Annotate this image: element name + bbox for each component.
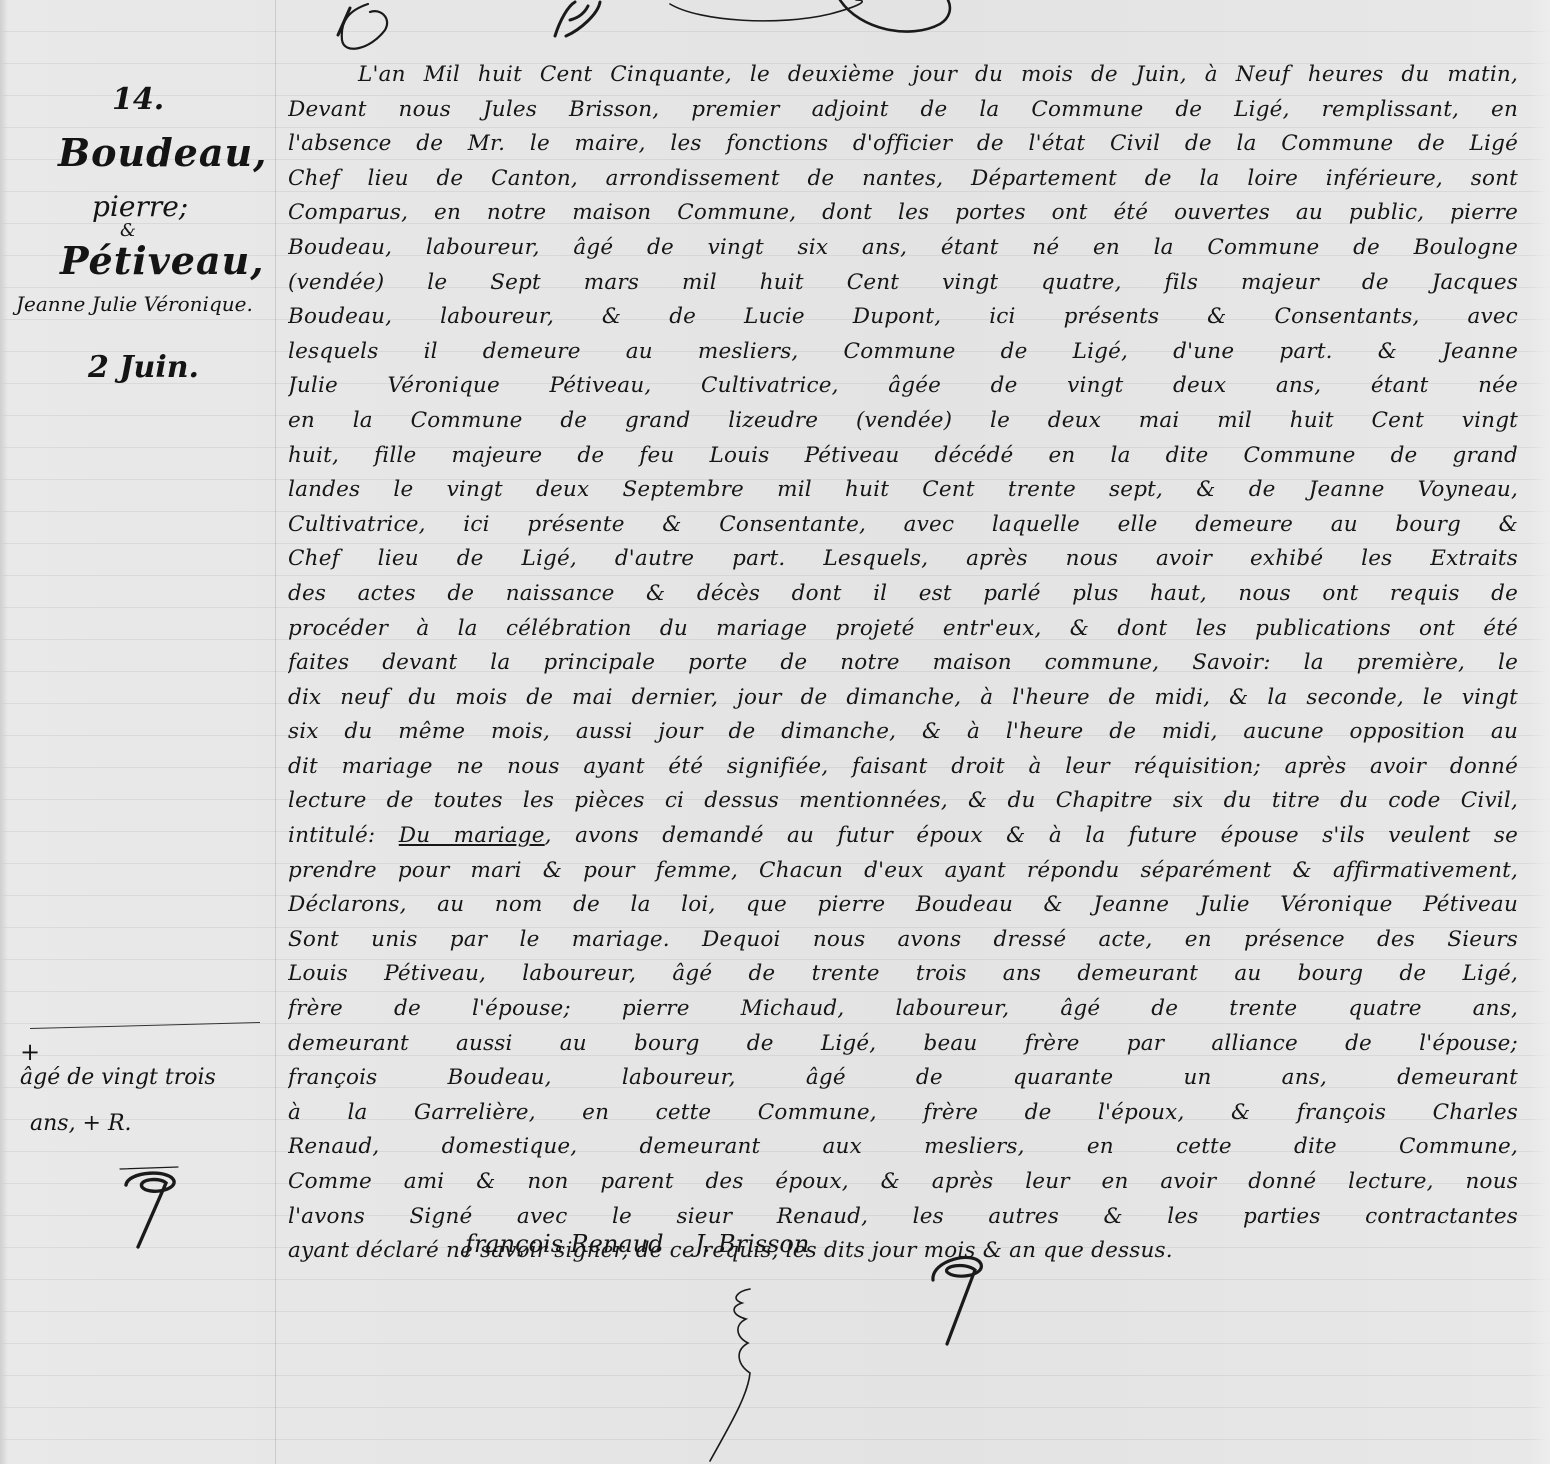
- officer-paraph-icon: [925, 1240, 995, 1350]
- text-line: l'avons Signé avec le sieur Renaud, les …: [288, 1200, 1518, 1235]
- text-line: Renaud, domestique, demeurant aux meslie…: [288, 1130, 1518, 1165]
- bride-given-names: Jeanne Julie Véronique.: [16, 292, 253, 316]
- text-line: six du même mois, aussi jour de dimanche…: [288, 715, 1518, 750]
- header-flourish-left-icon: [330, 0, 410, 60]
- text-line: Comparus, en notre maison Commune, dont …: [288, 196, 1518, 231]
- text-line: à la Garrelière, en cette Commune, frère…: [288, 1096, 1518, 1131]
- entry-number: 14.: [112, 82, 164, 117]
- text-line: demeurant aussi au bourg de Ligé, beau f…: [288, 1027, 1518, 1062]
- underlined-title: Du mariage: [399, 823, 545, 848]
- page-binding-edge: [0, 0, 8, 1464]
- groom-surname: Boudeau,: [58, 130, 267, 175]
- text-line: L'an Mil huit Cent Cinquante, le deuxièm…: [288, 58, 1518, 93]
- text-line: dix neuf du mois de mai dernier, jour de…: [288, 681, 1518, 716]
- text-line: l'absence de Mr. le maire, les fonctions…: [288, 127, 1518, 162]
- text-line: Julie Véronique Pétiveau, Cultivatrice, …: [288, 369, 1518, 404]
- witness-signature: françois Renaud: [465, 1230, 664, 1258]
- text-line: intitulé: Du mariage, avons demandé au f…: [288, 819, 1518, 854]
- text-line: landes le vingt deux Septembre mil huit …: [288, 473, 1518, 508]
- margin-rule: [275, 0, 276, 1464]
- margin-annotation: + âgé de vingt trois ans, + R.: [20, 1055, 270, 1147]
- register-page: 14. Boudeau, pierre; & Pétiveau, Jeanne …: [0, 0, 1550, 1464]
- text-line: prendre pour mari & pour femme, Chacun d…: [288, 854, 1518, 889]
- text-line: dit mariage ne nous ayant été signifiée,…: [288, 750, 1518, 785]
- header-flourish-center-icon: [540, 0, 620, 40]
- text-line: Boudeau, laboureur, & de Lucie Dupont, i…: [288, 300, 1518, 335]
- text-line: Louis Pétiveau, laboureur, âgé de trente…: [288, 957, 1518, 992]
- text-line: huit, fille majeure de feu Louis Pétivea…: [288, 439, 1518, 474]
- text-line: Cultivatrice, ici présente & Consentante…: [288, 508, 1518, 543]
- marriage-record-text: L'an Mil huit Cent Cinquante, le deuxièm…: [288, 58, 1518, 1269]
- text-line: Sont unis par le mariage. Dequoi nous av…: [288, 923, 1518, 958]
- text-line: procéder à la célébration du mariage pro…: [288, 612, 1518, 647]
- text-line: frère de l'épouse; pierre Michaud, labou…: [288, 992, 1518, 1027]
- text-line: Chef lieu de Canton, arrondissement de n…: [288, 162, 1518, 197]
- note-line-2: ans, + R.: [20, 1101, 270, 1147]
- officer-signature: J. Brisson: [695, 1230, 809, 1258]
- margin-paraph-icon: [108, 1165, 198, 1255]
- page-right-edge: [1528, 0, 1550, 1464]
- note-rule: [30, 1022, 260, 1029]
- text-line: en la Commune de grand lizeudre (vendée)…: [288, 404, 1518, 439]
- text-line: Boudeau, laboureur, âgé de vingt six ans…: [288, 231, 1518, 266]
- note-line-1: âgé de vingt trois: [20, 1055, 270, 1101]
- text-line: Chef lieu de Ligé, d'autre part. Lesquel…: [288, 542, 1518, 577]
- text-line: faites devant la principale porte de not…: [288, 646, 1518, 681]
- text-line: Devant nous Jules Brisson, premier adjoi…: [288, 93, 1518, 128]
- signature-block: françois Renaud J. Brisson: [465, 1230, 1265, 1270]
- header-flourish-right-icon: [660, 0, 960, 45]
- bride-surname: Pétiveau,: [60, 238, 264, 283]
- text-line: lecture de toutes les pièces ci dessus m…: [288, 784, 1518, 819]
- groom-given-name: pierre;: [92, 190, 188, 223]
- text-line: lesquels il demeure au mesliers, Commune…: [288, 335, 1518, 370]
- text-line: (vendée) le Sept mars mil huit Cent ving…: [288, 266, 1518, 301]
- text-line: des actes de naissance & décès dont il e…: [288, 577, 1518, 612]
- text-line: françois Boudeau, laboureur, âgé de quar…: [288, 1061, 1518, 1096]
- marriage-date: 2 Juin.: [88, 350, 199, 385]
- note-mark: +: [20, 1029, 40, 1075]
- signature-flourish-icon: [690, 1285, 770, 1464]
- text-line: Déclarons, au nom de la loi, que pierre …: [288, 888, 1518, 923]
- text-line: Comme ami & non parent des époux, & aprè…: [288, 1165, 1518, 1200]
